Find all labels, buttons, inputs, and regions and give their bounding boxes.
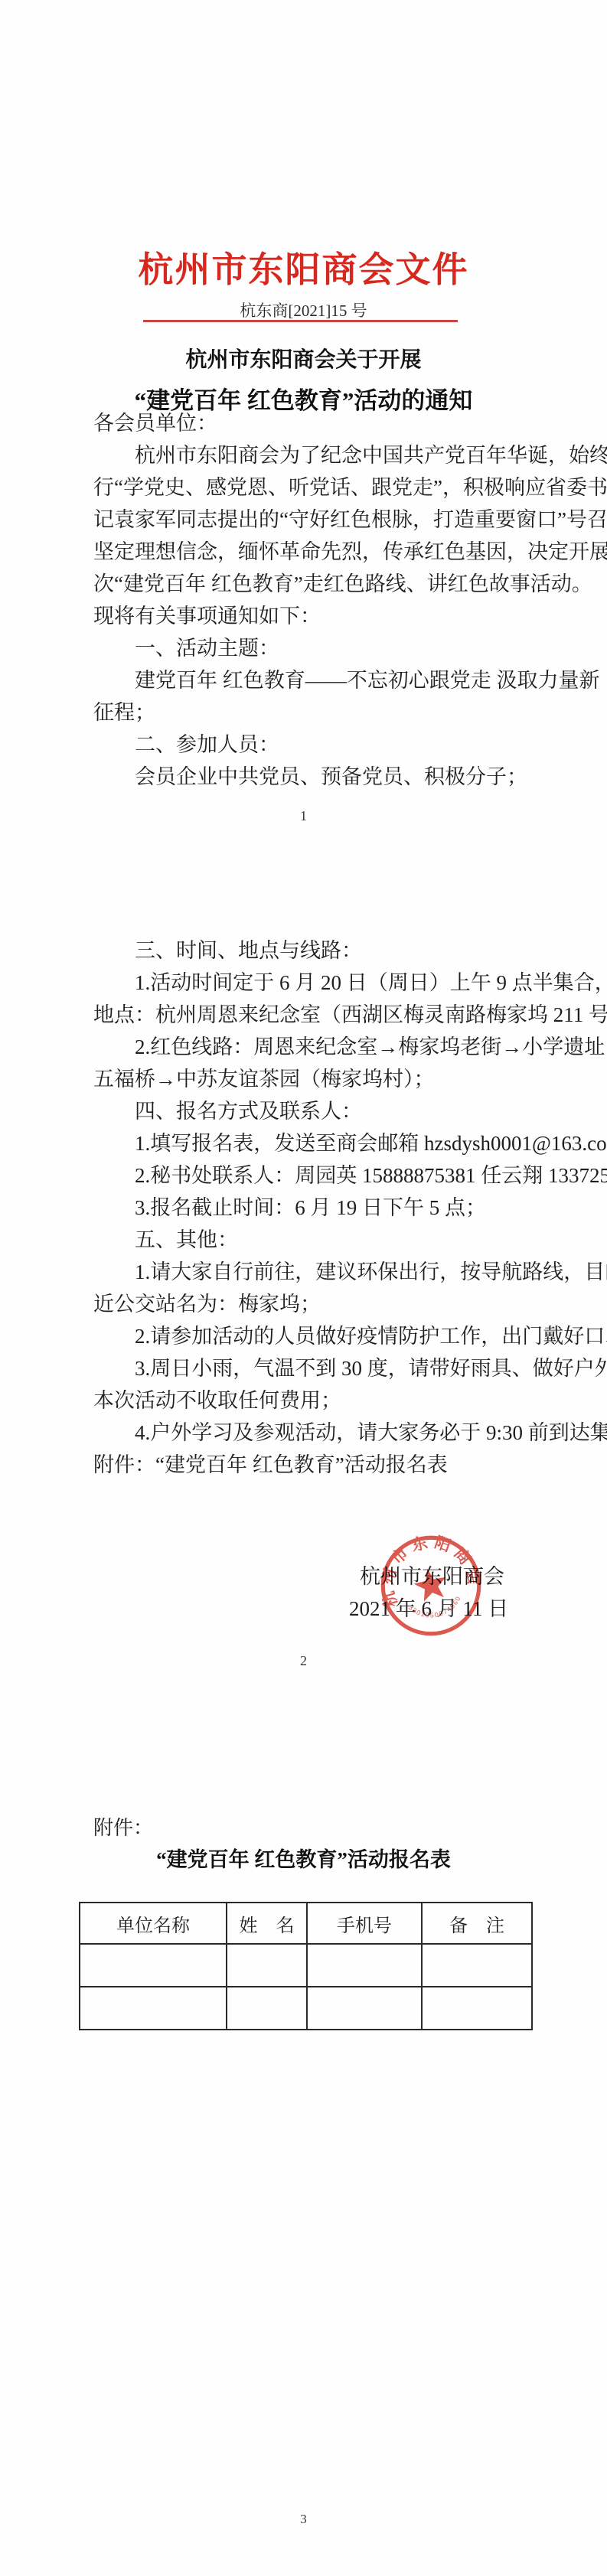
header-cell-phone: 手机号 <box>307 1903 422 1944</box>
table-cell <box>422 1987 532 2030</box>
body-line: 4.户外学习及参观活动，请大家务必于 9:30 前到达集合点。 <box>93 1420 560 1446</box>
body-line: 杭州市东阳商会为了纪念中国共产党百年华诞，始终践 <box>93 443 560 468</box>
letterhead-rule <box>143 320 458 322</box>
body-line: 征程； <box>93 700 519 726</box>
body-line: 行“学党史、感党恩、听党话、跟党走”，积极响应省委书 <box>93 475 519 501</box>
table-row <box>80 1944 532 1987</box>
document-number: 杭东商[2021]15 号 <box>0 298 607 321</box>
section-heading: 一、活动主题： <box>93 636 560 661</box>
table-cell <box>422 1944 532 1987</box>
attachment-label: 附件： <box>93 1812 153 1841</box>
body-line: 2.红色线路：周恩来纪念室→梅家坞老街→小学遗址→ <box>93 1035 560 1060</box>
attachment-table-title: “建党百年 红色教育”活动报名表 <box>0 1843 607 1873</box>
body-line: 现将有关事项通知如下： <box>93 604 519 629</box>
body-line: 1.活动时间定于 6 月 20 日（周日）上午 9 点半集合， <box>93 970 560 996</box>
seal-star-icon <box>411 1565 450 1603</box>
official-seal-stamp: 杭州市东阳商会 3301050074960 <box>366 1521 497 1652</box>
body-line: 1.填写报名表，发送至商会邮箱 hzsdysh0001@163.com； <box>93 1131 560 1156</box>
section-heading: 五、其他： <box>93 1228 560 1253</box>
table-cell <box>307 1987 422 2030</box>
header-cell-unit-name: 单位名称 <box>80 1903 227 1944</box>
body-line: 3.报名截止时间：6 月 19 日下午 5 点； <box>93 1195 560 1221</box>
body-line: 本次活动不收取任何费用； <box>93 1388 519 1414</box>
body-line: 建党百年 红色教育——不忘初心跟党走 汲取力量新 <box>93 668 560 693</box>
table-row <box>80 1987 532 2030</box>
header-cell-note: 备 注 <box>422 1903 532 1944</box>
notice-title-line1: 杭州市东阳商会关于开展 <box>0 343 607 373</box>
table-cell <box>307 1944 422 1987</box>
table-header-row: 单位名称 姓 名 手机号 备 注 <box>80 1903 532 1944</box>
page-number-2: 2 <box>0 1653 607 1669</box>
section-heading: 三、时间、地点与线路： <box>93 938 560 964</box>
body-line: 五福桥→中苏友谊茶园（梅家坞村）； <box>93 1067 519 1092</box>
signup-table: 单位名称 姓 名 手机号 备 注 <box>79 1902 533 2030</box>
document-page: 杭州市东阳商会文件 杭东商[2021]15 号 杭州市东阳商会关于开展 “建党百… <box>0 0 607 2576</box>
header-cell-name: 姓 名 <box>227 1903 307 1944</box>
page-number-1: 1 <box>0 808 607 824</box>
table-cell <box>227 1944 307 1987</box>
body-line: 坚定理想信念，缅怀革命先烈，传承红色基因，决定开展一 <box>93 540 519 565</box>
body-line: 2.秘书处联系人：周园英 15888875381 任云翔 13372570257 <box>93 1163 560 1189</box>
body-line: 2.请参加活动的人员做好疫情防护工作，出门戴好口罩； <box>93 1324 560 1349</box>
body-line: 会员企业中共党员、预备党员、积极分子； <box>93 765 560 790</box>
letterhead-title: 杭州市东阳商会文件 <box>0 242 607 292</box>
page-number-3: 3 <box>0 2512 607 2527</box>
seal-serial-number: 3301050074960 <box>406 1593 466 1625</box>
body-line: 1.请大家自行前往，建议环保出行，按导航路线，目的地附 <box>93 1260 560 1285</box>
body-line: 次“建党百年 红色教育”走红色路线、讲红色故事活动。 <box>93 572 519 597</box>
table-cell <box>227 1987 307 2030</box>
body-line: 地点：杭州周恩来纪念室（西湖区梅灵南路梅家坞 211 号）； <box>93 1003 519 1028</box>
section-heading: 四、报名方式及联系人： <box>93 1099 560 1124</box>
body-line: 记袁家军同志提出的“守好红色根脉，打造重要窗口”号召， <box>93 507 519 533</box>
section-heading: 二、参加人员： <box>93 732 560 758</box>
table-cell <box>80 1987 227 2030</box>
body-line: 3.周日小雨，气温不到 30 度，请带好雨具、做好户外防晒， <box>93 1356 560 1381</box>
attachment-reference-line: 附件：“建党百年 红色教育”活动报名表 <box>93 1453 519 1478</box>
salutation: 各会员单位： <box>93 411 519 436</box>
table-cell <box>80 1944 227 1987</box>
body-line: 近公交站名为：梅家坞； <box>93 1292 519 1317</box>
